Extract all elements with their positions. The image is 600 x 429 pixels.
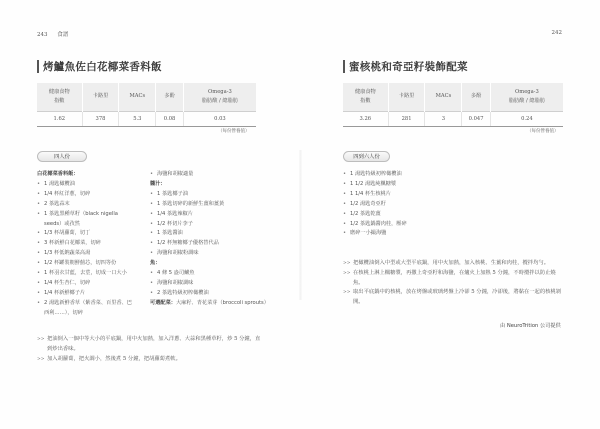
list-item: 磨碎一小撮海鹽 bbox=[343, 229, 493, 239]
title-accent-bar bbox=[37, 60, 39, 73]
step-marker-icon: >> bbox=[343, 269, 351, 279]
list-item: 1/2 杯罐裝朝鮮薊芯，切四等份 bbox=[37, 259, 137, 269]
table-row: 3.26 281 3 0.047 0.24 bbox=[343, 111, 563, 126]
instruction-step: >> 把橄欖油倒入中型或大型平底鍋，用中火加熱，加入核桃、生薑和肉桂，攪拌均勻。 bbox=[343, 259, 563, 269]
list-item: 1/2 杯無糖椰子優格替代品 bbox=[150, 239, 270, 249]
list-item: 1/2 茶匙乾薑 bbox=[343, 210, 493, 220]
instruction-step: >> 取出平底鍋中的核桃，放在烤盤或玻璃烤盤上冷卻 5 分鐘，冷卻後，將黏在一起… bbox=[343, 288, 563, 308]
list-item: 1 1/2 湯匙純楓糖漿 bbox=[343, 180, 493, 190]
servings-badge: 四到六人份 bbox=[343, 151, 390, 162]
value-calories: 378 bbox=[82, 111, 119, 126]
list-item: 1/2 茶匙鍋醬肉桂，壓碎 bbox=[343, 220, 493, 230]
step-text: 在核桃上淋上楓糖漿，再撒上奇亞籽和海鹽，在爐火上加熱 5 分鐘，不時攪拌以防止燒… bbox=[353, 270, 556, 286]
step-text: 把橄欖油倒入中型或大型平底鍋，用中火加熱，加入核桃、生薑和肉桂，攪拌均勻。 bbox=[353, 260, 549, 266]
list-item: 1/3 杯胡蘿蔔，切丁 bbox=[37, 229, 137, 239]
value-omega3: 0.03 bbox=[183, 111, 256, 126]
list-item: 1 茶匙醬油 bbox=[150, 229, 270, 239]
ingredients-column-2: 海鹽和胡椒適量 醬汁： 1 茶匙椰子油 1 茶匙切碎的新鮮生薑和薑黃 1/4 茶… bbox=[150, 170, 270, 309]
recipe-title: 蜜核桃和奇亞籽裝飾配菜 bbox=[343, 59, 468, 74]
step-text: 把油倒入一個中等大小的平底鍋，用中火加熱，加入洋蔥、大蒜和黑種草籽，炒 5 分鐘… bbox=[47, 336, 260, 352]
step-marker-icon: >> bbox=[343, 259, 351, 269]
page-number: 243 bbox=[37, 32, 48, 38]
recipe-credit: 由 NeuroTrition 公司提供 bbox=[500, 322, 561, 329]
list-item: 3 杯新鮮白花椰菜，切碎 bbox=[37, 239, 137, 249]
header-calories: 卡路里 bbox=[82, 83, 119, 111]
optional-garnish: 可選配菜：大麻籽、青花菜芽（broccoli sprouts） bbox=[150, 299, 270, 309]
list-item: 2 茶匙蒜末 bbox=[37, 200, 137, 210]
nutrition-note: （每份營養值） bbox=[218, 128, 250, 134]
list-item: 1 杯羽衣甘藍，去莖，切成一口大小 bbox=[37, 269, 137, 279]
instructions: >> 把橄欖油倒入中型或大型平底鍋，用中火加熱，加入核桃、生薑和肉桂，攪拌均勻。… bbox=[343, 259, 563, 308]
instruction-step: >> 在核桃上淋上楓糖漿，再撒上奇亞籽和海鹽，在爐火上加熱 5 分鐘，不時攪拌以… bbox=[343, 269, 563, 289]
list-item: 1 湯匙特級初榨橄欖油 bbox=[343, 170, 493, 180]
header-omega3: Omega-3脂肪酸 / 總脂肪 bbox=[490, 83, 563, 111]
list-item: 1 茶匙椰子油 bbox=[150, 190, 270, 200]
table-header-row: 健康食物指數 卡路里 MACs 多酚 Omega-3脂肪酸 / 總脂肪 bbox=[37, 83, 256, 111]
list-item: 海鹽和胡椒適量 bbox=[150, 170, 270, 180]
list-item: 1 茶匙黑種草籽（black nigella seeds）或孜然 bbox=[37, 210, 137, 230]
step-marker-icon: >> bbox=[37, 355, 45, 365]
list-item: 1/4 杯紅洋蔥，切碎 bbox=[37, 190, 137, 200]
page-header: 243 食譜 bbox=[37, 30, 68, 38]
value-health-index: 3.26 bbox=[343, 111, 388, 126]
header-polyphenols: 多酚 bbox=[462, 83, 490, 111]
list-item: 2 茶匙特級初榨橄欖油 bbox=[150, 289, 270, 299]
header-polyphenols: 多酚 bbox=[156, 83, 183, 111]
rice-heading: 白花椰菜香料飯： bbox=[37, 170, 137, 180]
list-item: 1/3 杯低鈉蔬菜高湯 bbox=[37, 249, 137, 259]
step-text: 取出平底鍋中的核桃，放在烤盤或玻璃烤盤上冷卻 5 分鐘，冷卻後，將黏在一起的核桃… bbox=[353, 289, 561, 305]
instruction-step: >> 把油倒入一個中等大小的平底鍋，用中火加熱，加入洋蔥、大蒜和黑種草籽，炒 5… bbox=[37, 335, 263, 355]
ingredients-list: 1 湯匙特級初榨橄欖油 1 1/2 湯匙純楓糖漿 1 1/4 杯生核桃片 1/2… bbox=[343, 170, 493, 239]
list-item: 1/4 杯生杏仁，切碎 bbox=[37, 279, 137, 289]
optional-text: 大麻籽、青花菜芽（broccoli sprouts） bbox=[176, 300, 269, 306]
value-polyphenols: 0.08 bbox=[156, 111, 183, 126]
header-health-index: 健康食物指數 bbox=[37, 83, 82, 111]
recipe-title-text: 蜜核桃和奇亞籽裝飾配菜 bbox=[349, 59, 468, 74]
section-name: 食譜 bbox=[57, 32, 68, 38]
value-macs: 5.3 bbox=[119, 111, 156, 126]
list-item: 1/2 杯切片李子 bbox=[150, 220, 270, 230]
rice-ingredient-list: 1 湯匙橄欖油 1/4 杯紅洋蔥，切碎 2 茶匙蒜末 1 茶匙黑種草籽（blac… bbox=[37, 180, 137, 319]
left-page: 243 食譜 烤鱸魚佐白花椰菜香料飯 健康食物指數 卡路里 MACs 多酚 Om… bbox=[0, 0, 300, 429]
list-item: 1/4 杯新鮮椰子片 bbox=[37, 289, 137, 299]
value-calories: 281 bbox=[388, 111, 425, 126]
list-item: 海鹽和胡椒粉調味 bbox=[150, 249, 270, 259]
header-omega3: Omega-3脂肪酸 / 總脂肪 bbox=[183, 83, 256, 111]
header-macs: MACs bbox=[119, 83, 156, 111]
right-page: 242 蜜核桃和奇亞籽裝飾配菜 健康食物指數 卡路里 MACs 多酚 Omega… bbox=[300, 0, 600, 429]
header-macs: MACs bbox=[425, 83, 462, 111]
sauce-heading: 醬汁： bbox=[150, 180, 270, 190]
instruction-step: >> 加入胡蘿蔔，把火調小，然後煮 5 分鐘，把胡蘿蔔煮軟。 bbox=[37, 355, 263, 365]
value-macs: 3 bbox=[425, 111, 462, 126]
page-number: 242 bbox=[552, 30, 563, 36]
ingredient-list: 1 湯匙特級初榨橄欖油 1 1/2 湯匙純楓糖漿 1 1/4 杯生核桃片 1/2… bbox=[343, 170, 493, 239]
sauce-ingredient-list: 1 茶匙椰子油 1 茶匙切碎的新鮮生薑和薑黃 1/4 茶匙辣椒片 1/2 杯切片… bbox=[150, 190, 270, 259]
header-calories: 卡路里 bbox=[388, 83, 425, 111]
nutrition-note: （每份營養值） bbox=[527, 128, 559, 134]
fish-heading: 魚： bbox=[150, 259, 270, 269]
list-item: 1 湯匙橄欖油 bbox=[37, 180, 137, 190]
page-header: 242 bbox=[552, 30, 563, 36]
recipe-title: 烤鱸魚佐白花椰菜香料飯 bbox=[37, 59, 162, 74]
table-header-row: 健康食物指數 卡路里 MACs 多酚 Omega-3脂肪酸 / 總脂肪 bbox=[343, 83, 563, 111]
title-accent-bar bbox=[343, 60, 345, 73]
list-item: 1 茶匙切碎的新鮮生薑和薑黃 bbox=[150, 200, 270, 210]
nutrition-table: 健康食物指數 卡路里 MACs 多酚 Omega-3脂肪酸 / 總脂肪 1.62… bbox=[37, 83, 256, 127]
header-health-index: 健康食物指數 bbox=[343, 83, 388, 111]
list-item: 1/2 湯匙奇亞籽 bbox=[343, 200, 493, 210]
nutrition-table: 健康食物指數 卡路里 MACs 多酚 Omega-3脂肪酸 / 總脂肪 3.26… bbox=[343, 83, 563, 127]
fish-ingredient-list: 4 條 5 盎司鱸魚 海鹽和胡椒調味 2 茶匙特級初榨橄欖油 bbox=[150, 269, 270, 299]
list-item: 2 湯匙新鮮香草（紫香菜、百里香、巴西利……），切碎 bbox=[37, 299, 137, 319]
recipe-title-text: 烤鱸魚佐白花椰菜香料飯 bbox=[43, 59, 162, 74]
list-item: 1 1/4 杯生核桃片 bbox=[343, 190, 493, 200]
list-item: 1/4 茶匙辣椒片 bbox=[150, 210, 270, 220]
list-item: 4 條 5 盎司鱸魚 bbox=[150, 269, 270, 279]
list-item: 海鹽和胡椒調味 bbox=[150, 279, 270, 289]
step-marker-icon: >> bbox=[37, 335, 45, 345]
rice-tail-list: 海鹽和胡椒適量 bbox=[150, 170, 270, 180]
value-omega3: 0.24 bbox=[490, 111, 563, 126]
table-row: 1.62 378 5.3 0.08 0.03 bbox=[37, 111, 256, 126]
value-health-index: 1.62 bbox=[37, 111, 82, 126]
step-text: 加入胡蘿蔔，把火調小，然後煮 5 分鐘，把胡蘿蔔煮軟。 bbox=[47, 356, 181, 362]
instructions: >> 把油倒入一個中等大小的平底鍋，用中火加熱，加入洋蔥、大蒜和黑種草籽，炒 5… bbox=[37, 335, 263, 364]
step-marker-icon: >> bbox=[343, 288, 351, 298]
value-polyphenols: 0.047 bbox=[462, 111, 490, 126]
book-spread: 243 食譜 烤鱸魚佐白花椰菜香料飯 健康食物指數 卡路里 MACs 多酚 Om… bbox=[0, 0, 600, 429]
optional-heading: 可選配菜： bbox=[150, 300, 176, 306]
servings-badge: 四人份 bbox=[37, 151, 87, 162]
ingredients-column-1: 白花椰菜香料飯： 1 湯匙橄欖油 1/4 杯紅洋蔥，切碎 2 茶匙蒜末 1 茶匙… bbox=[37, 170, 137, 319]
